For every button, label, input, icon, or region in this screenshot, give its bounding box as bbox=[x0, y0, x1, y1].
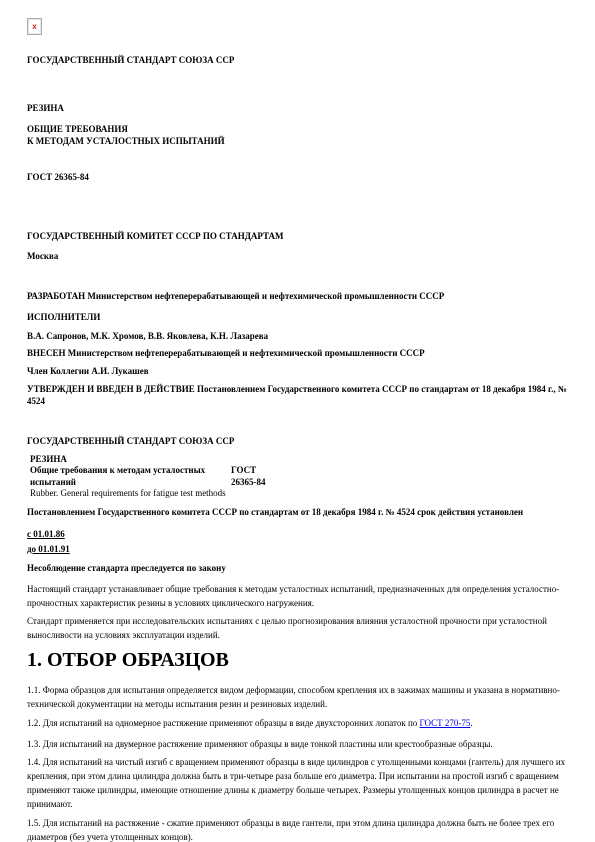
title-block-name-ru: РЕЗИНА bbox=[30, 454, 230, 466]
broken-image-icon: x bbox=[27, 18, 42, 35]
title-block-gost-num: 26365-84 bbox=[231, 477, 266, 489]
title-block-left: РЕЗИНА Общие требования к методам устало… bbox=[30, 454, 230, 500]
title-block-gost-label: ГОСТ bbox=[231, 465, 266, 477]
doc-subtitle-line2: К МЕТОДАМ УСТАЛОСТНЫХ ИСПЫТАНИЙ bbox=[27, 136, 568, 148]
standard-title-block: РЕЗИНА Общие требования к методам устало… bbox=[30, 454, 568, 500]
paragraph-1-2-period: . bbox=[470, 718, 472, 728]
committee-line: ГОСУДАРСТВЕННЫЙ КОМИТЕТ СССР ПО СТАНДАРТ… bbox=[27, 231, 568, 243]
paragraph-1-5: 1.5. Для испытаний на растяжение - сжати… bbox=[27, 816, 568, 842]
doc-subtitle: ОБЩИЕ ТРЕБОВАНИЯ К МЕТОДАМ УСТАЛОСТНЫХ И… bbox=[27, 124, 568, 147]
title-block-right: ГОСТ 26365-84 bbox=[230, 454, 266, 500]
title-block-name-en: Rubber. General requirements for fatigue… bbox=[30, 488, 230, 500]
approved-line: УТВЕРЖДЕН И ВВЕДЕН В ДЕЙСТВИЕ Постановле… bbox=[27, 384, 568, 407]
doc-subtitle-line1: ОБЩИЕ ТРЕБОВАНИЯ bbox=[27, 124, 568, 136]
broken-image-x-glyph: x bbox=[32, 23, 36, 31]
intro-paragraph-2: Стандарт применяется при исследовательск… bbox=[27, 614, 568, 642]
decree-line: Постановлением Государственного комитета… bbox=[27, 507, 568, 519]
second-heading: ГОСУДАРСТВЕННЫЙ СТАНДАРТ СОЮЗА ССР bbox=[27, 436, 568, 448]
valid-from: с 01.01.86 bbox=[27, 529, 568, 541]
executors-label: ИСПОЛНИТЕЛИ bbox=[27, 312, 568, 324]
doc-title: РЕЗИНА bbox=[27, 103, 568, 115]
top-heading: ГОСУДАРСТВЕННЫЙ СТАНДАРТ СОЮЗА ССР bbox=[27, 55, 568, 67]
city-line: Москва bbox=[27, 251, 568, 263]
paragraph-1-4: 1.4. Для испытаний на чистый изгиб с вра… bbox=[27, 755, 568, 811]
gost-number: ГОСТ 26365-84 bbox=[27, 172, 568, 184]
paragraph-1-2-text: 1.2. Для испытаний на одномерное растяже… bbox=[27, 718, 420, 728]
intro-paragraph-1: Настоящий стандарт устанавливает общие т… bbox=[27, 582, 568, 610]
paragraph-1-1: 1.1. Форма образцов для испытания опреде… bbox=[27, 683, 568, 711]
valid-to: до 01.01.91 bbox=[27, 544, 568, 556]
executors-names: В.А. Сапронов, М.К. Хромов, В.В. Яковлев… bbox=[27, 331, 568, 343]
developed-by-line: РАЗРАБОТАН Министерством нефтеперерабаты… bbox=[27, 291, 568, 303]
submitted-by-line: ВНЕСЕН Министерством нефтеперерабатывающ… bbox=[27, 348, 568, 360]
paragraph-1-3: 1.3. Для испытаний на двумерное растяжен… bbox=[27, 737, 568, 751]
section-1-heading: 1. ОТБОР ОБРАЗЦОВ bbox=[27, 648, 568, 672]
document-page: x ГОСУДАРСТВЕННЫЙ СТАНДАРТ СОЮЗА ССР РЕЗ… bbox=[0, 0, 595, 842]
gost-270-75-link[interactable]: ГОСТ 270-75 bbox=[420, 718, 471, 728]
paragraph-1-2: 1.2. Для испытаний на одномерное растяже… bbox=[27, 716, 568, 730]
law-notice: Несоблюдение стандарта преследуется по з… bbox=[27, 563, 568, 575]
board-member-line: Член Коллегии А.И. Лукашев bbox=[27, 366, 568, 378]
title-block-subtitle-ru: Общие требования к методам усталостных и… bbox=[30, 465, 230, 488]
